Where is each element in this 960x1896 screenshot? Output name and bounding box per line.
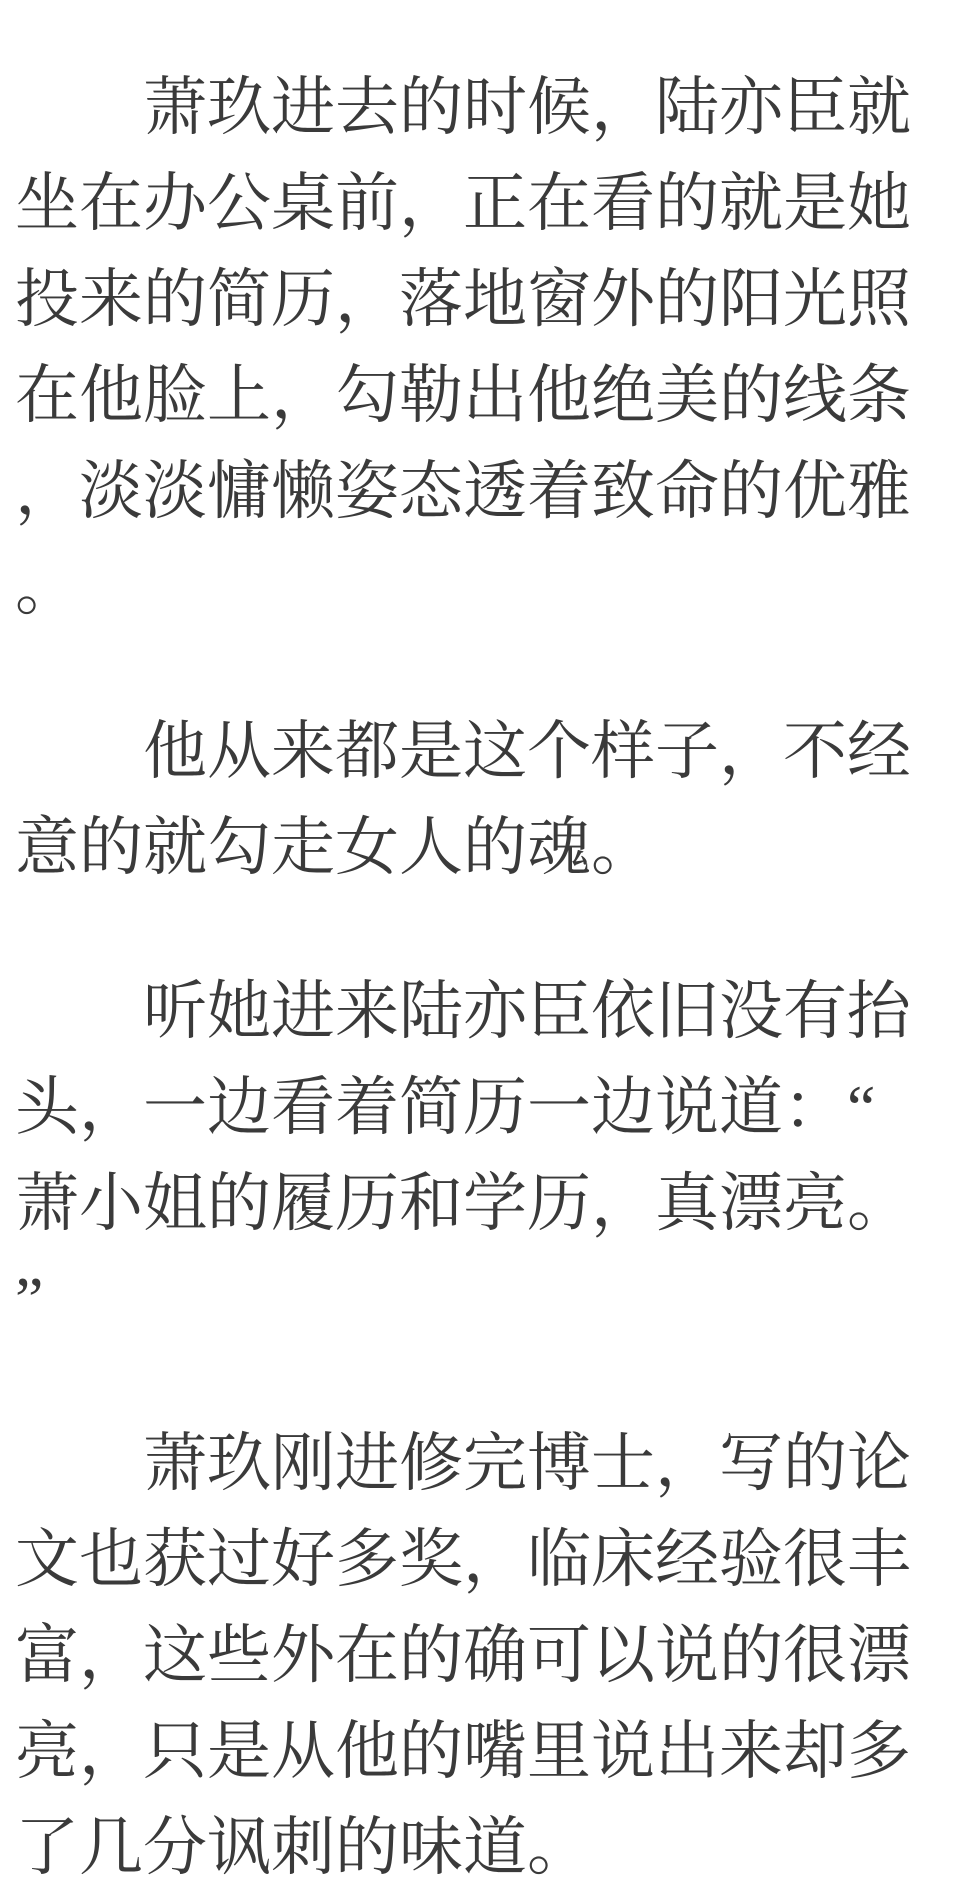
text-line: 了几分讽刺的味道。 — [15, 1800, 911, 1896]
paragraph: 萧玖刚进修完博士，写的论 文也获过好多奖，临床经验很丰 富，这些外在的确可以说的… — [15, 1416, 911, 1896]
text-line: 。 — [15, 540, 911, 636]
text-line: 意的就勾走女人的魂。 — [15, 800, 911, 896]
text-line: 萧玖刚进修完博士，写的论 — [15, 1416, 911, 1512]
text-line: 投来的简历，落地窗外的阳光照 — [15, 252, 911, 348]
text-line: 他从来都是这个样子，不经 — [15, 704, 911, 800]
text-line: 听她进来陆亦臣依旧没有抬 — [15, 964, 911, 1060]
paragraph: 听她进来陆亦臣依旧没有抬 头，一边看着简历一边说道：“ 萧小姐的履历和学历，真漂… — [15, 964, 911, 1348]
text-line: 文也获过好多奖，临床经验很丰 — [15, 1512, 911, 1608]
text-line: 头，一边看着简历一边说道：“ — [15, 1060, 911, 1156]
text-line: 坐在办公桌前，正在看的就是她 — [15, 156, 911, 252]
reader-page: 萧玖进去的时候，陆亦臣就 坐在办公桌前，正在看的就是她 投来的简历，落地窗外的阳… — [0, 0, 960, 1896]
text-line: 富，这些外在的确可以说的很漂 — [15, 1608, 911, 1704]
paragraph: 萧玖进去的时候，陆亦臣就 坐在办公桌前，正在看的就是她 投来的简历，落地窗外的阳… — [15, 60, 911, 636]
paragraph: 他从来都是这个样子，不经 意的就勾走女人的魂。 — [15, 704, 911, 896]
text-line: 萧玖进去的时候，陆亦臣就 — [15, 60, 911, 156]
text-line: 萧小姐的履历和学历，真漂亮。 — [15, 1156, 911, 1252]
text-line: ，淡淡慵懒姿态透着致命的优雅 — [15, 444, 911, 540]
text-line: 在他脸上，勾勒出他绝美的线条 — [15, 348, 911, 444]
text-line: ” — [15, 1252, 911, 1348]
text-line: 亮，只是从他的嘴里说出来却多 — [15, 1704, 911, 1800]
